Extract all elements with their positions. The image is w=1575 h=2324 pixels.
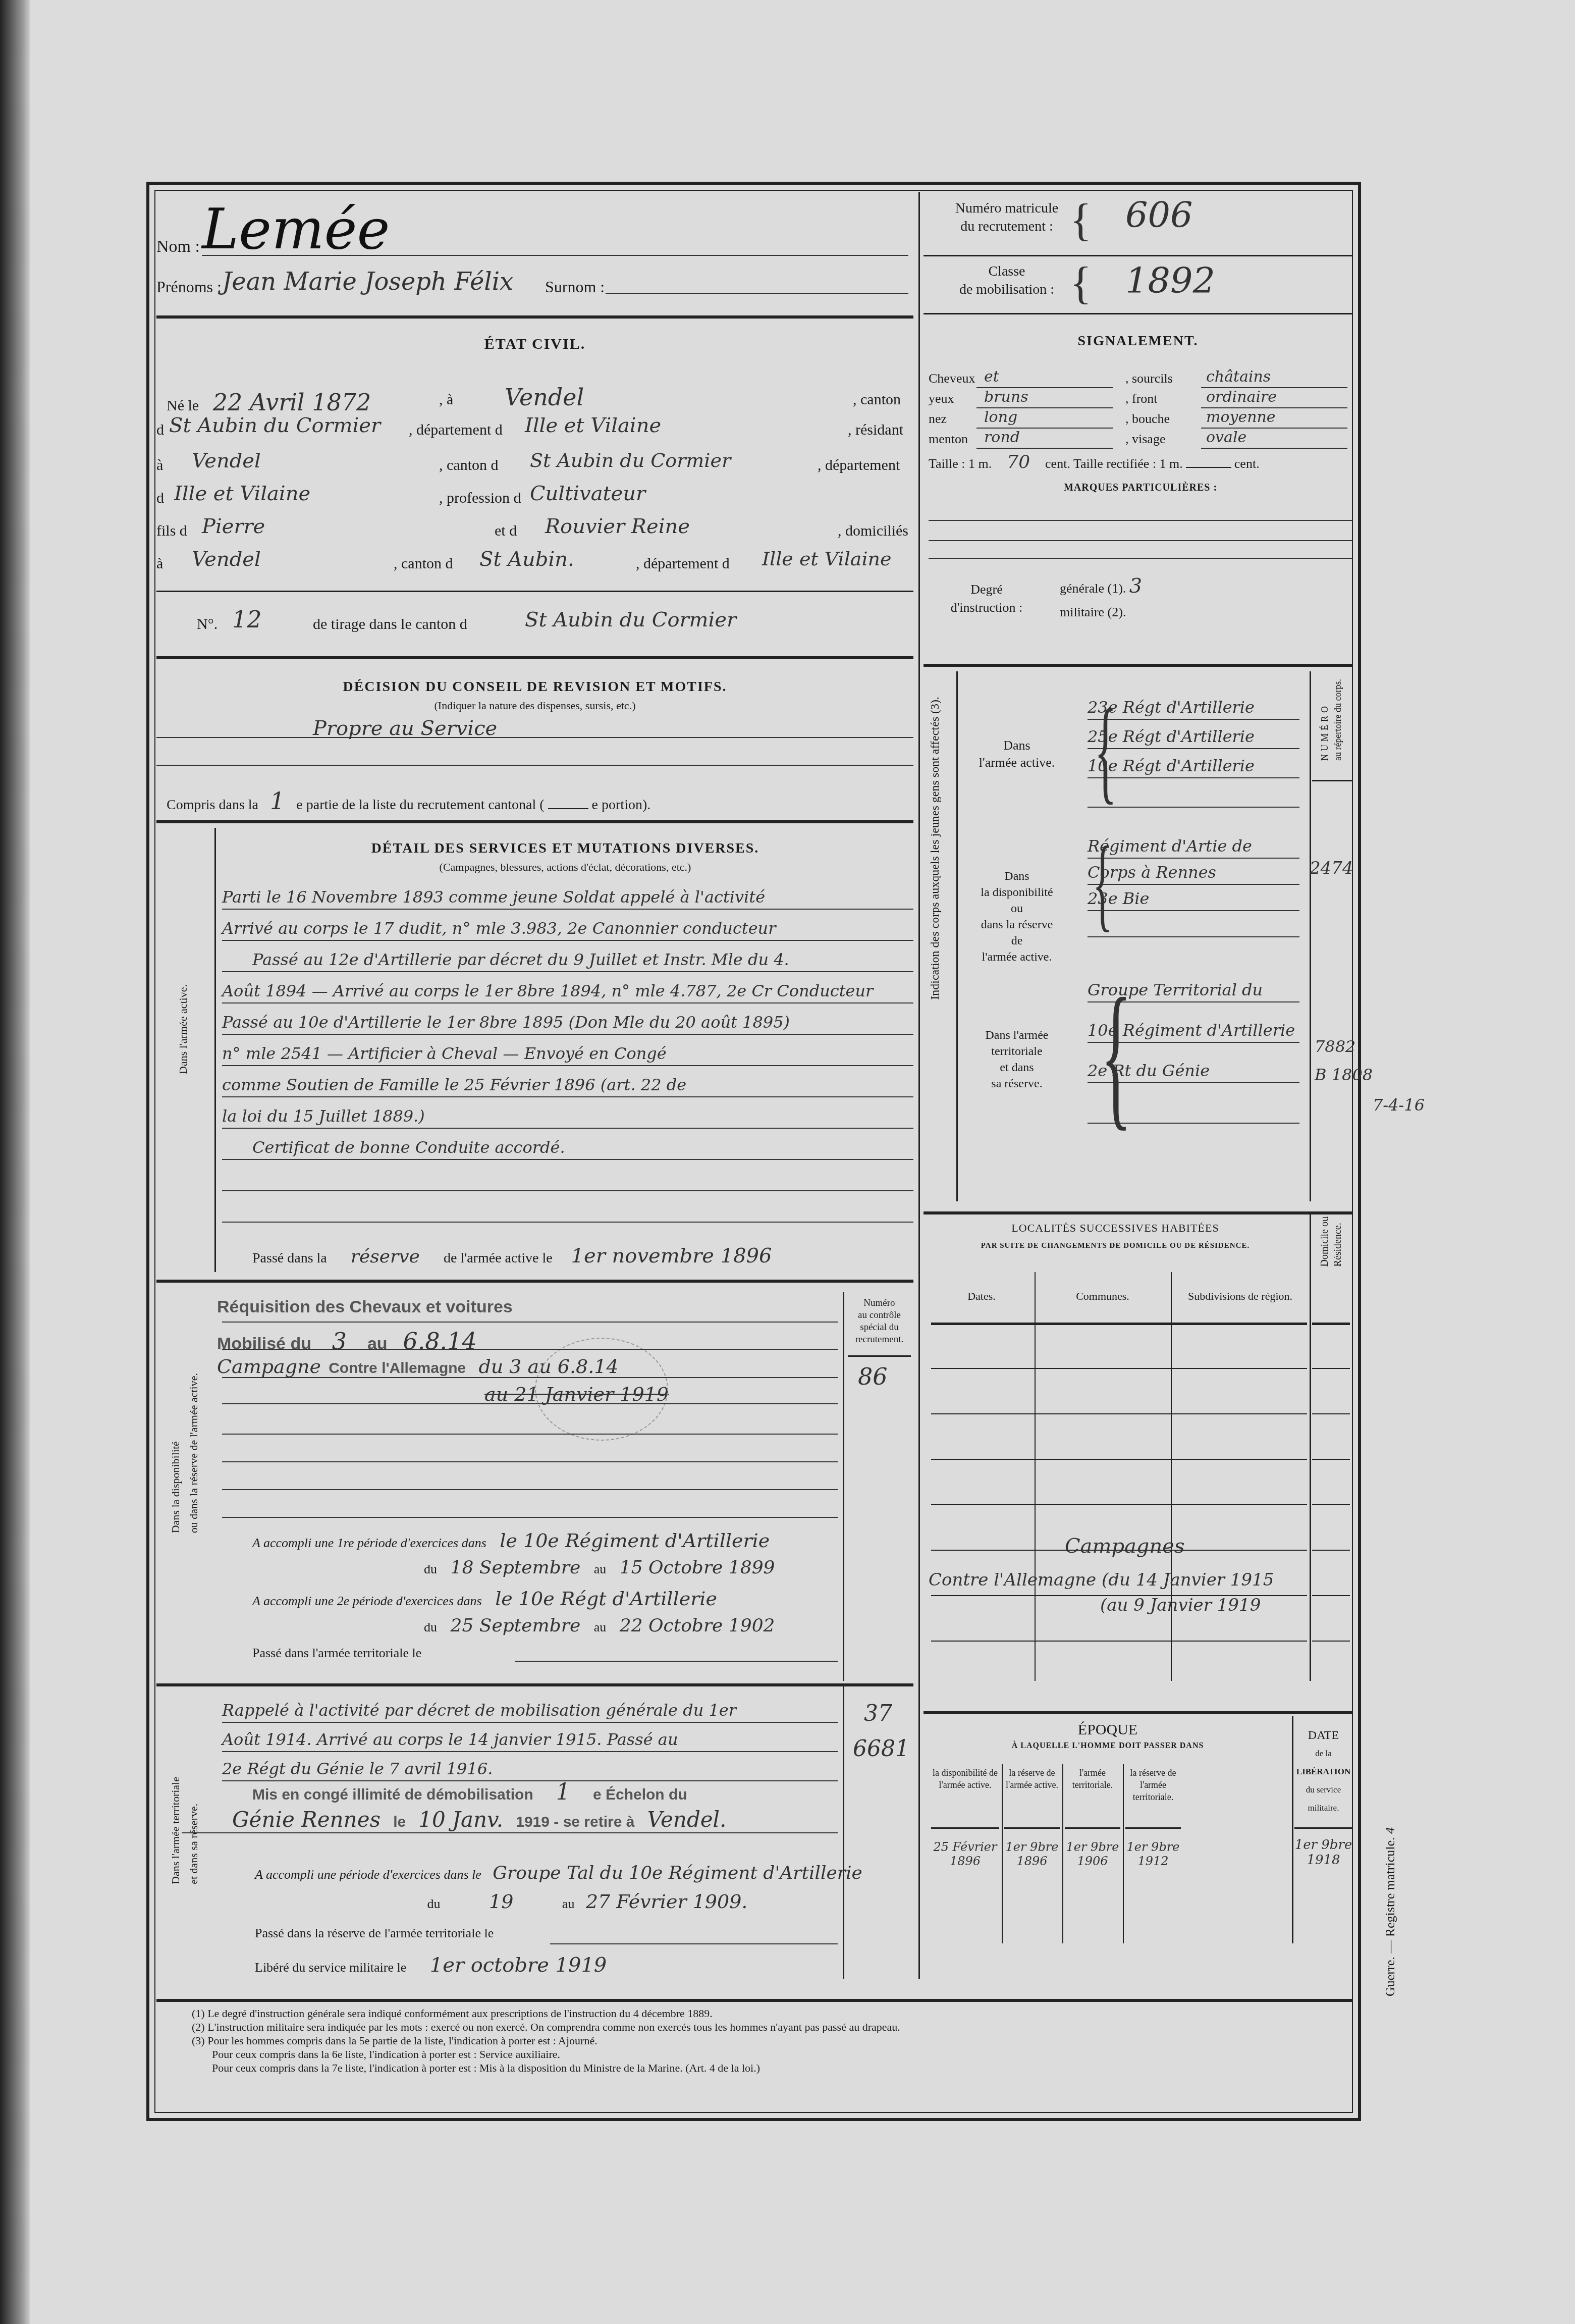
section-separator [924, 664, 1352, 667]
section-separator [924, 1211, 1352, 1214]
section-separator [156, 591, 913, 592]
form-number: 4 [1383, 1827, 1397, 1834]
section-separator [924, 1711, 1352, 1714]
section-separator [156, 656, 913, 659]
rule [931, 1459, 1307, 1460]
prenoms-label: Prénoms : [156, 278, 222, 296]
periode1-row: A accompli une 1re période d'exercices d… [252, 1529, 770, 1552]
canton-naissance[interactable]: St Aubin du Cormier [169, 414, 381, 437]
periode2-from[interactable]: 25 Septembre [451, 1615, 581, 1636]
rule [1171, 1272, 1172, 1681]
signalement-label: yeux [929, 391, 954, 406]
residence[interactable]: Vendel [192, 449, 261, 472]
marques-rule [929, 520, 1352, 521]
passe-value-2[interactable]: 1er novembre 1896 [571, 1244, 772, 1267]
parents-canton[interactable]: St Aubin. [479, 548, 574, 571]
localites-column-header: Subdivisions de région. [1171, 1290, 1310, 1303]
header-line: NUMÉRO [1318, 679, 1331, 761]
mobilise-row: Mobilisé du 3 au 6.8.14 [217, 1328, 477, 1355]
domicilies-label: , domiciliés [838, 522, 908, 540]
naissance-row: Né le 22 Avril 1872 [167, 389, 371, 416]
residence-canton[interactable]: St Aubin du Cormier [530, 449, 731, 471]
signalement-title: SIGNALEMENT. [924, 333, 1352, 349]
rule [1088, 777, 1299, 778]
rule [222, 1349, 838, 1350]
header-line: DATE [1294, 1726, 1352, 1745]
detail-line-text[interactable]: n° mle 2541 — Artificier à Cheval — Envo… [222, 1044, 667, 1063]
nom-label: Nom : [156, 237, 200, 256]
rule [1312, 1504, 1350, 1505]
au-label: au [594, 1562, 607, 1576]
corps-value[interactable]: 25e Régt d'Artillerie [1088, 727, 1255, 746]
detail-line-text[interactable]: Certificat de bonne Conduite accordé. [252, 1138, 565, 1157]
instruction-label: Degré d'instruction : [929, 580, 1045, 617]
taille-rectifiee[interactable] [1186, 467, 1231, 468]
compris-value[interactable]: 1 [270, 787, 285, 815]
signalement-value[interactable]: rond [984, 429, 1020, 446]
generale-label: générale (1). [1060, 581, 1126, 596]
classe-label: Classe de mobilisation : [929, 262, 1085, 299]
departement-naissance[interactable]: Ille et Vilaine [525, 414, 661, 437]
corps-value[interactable]: 23e Bie [1088, 889, 1150, 908]
conge-date[interactable]: 10 Janv. [418, 1807, 503, 1832]
libere-value[interactable]: 1er octobre 1919 [430, 1953, 607, 1977]
localites-note-2: (au 9 Janvier 1919 [1100, 1595, 1261, 1615]
rule [550, 1943, 838, 1944]
signalement-value[interactable]: long [984, 408, 1017, 426]
mobilise-from[interactable]: 3 [332, 1328, 347, 1355]
rule [1312, 1413, 1350, 1414]
etat-civil-title: ÉTAT CIVIL. [156, 336, 913, 353]
rule [1088, 1123, 1299, 1124]
rule [222, 1489, 838, 1490]
corps-value[interactable]: Groupe Territorial du [1088, 980, 1263, 999]
tirage-value[interactable]: 12 [232, 606, 262, 633]
campagne-hand[interactable]: Campagne [217, 1355, 321, 1378]
conge-row: Mis en congé illimité de démobilisation … [252, 1779, 687, 1805]
label-line: sa réserve. [959, 1076, 1075, 1092]
footnote: (2) L'instruction militaire sera indiqué… [192, 2020, 1342, 2034]
epoque-value[interactable]: 25 Février 1896 [929, 1840, 1002, 1868]
rule [222, 1517, 838, 1518]
departement-label: , département d [409, 421, 503, 439]
rule [1088, 858, 1299, 859]
rule [931, 1368, 1307, 1369]
tirage-label: de tirage dans le canton d [313, 616, 467, 633]
territoriale-line-text[interactable]: 2e Régt du Génie le 7 avril 1916. [222, 1759, 493, 1778]
rule [1201, 448, 1347, 449]
signalement-label: , visage [1125, 432, 1165, 447]
conge-le: le [393, 1814, 406, 1830]
periode1-label: A accompli une 1re période d'exercices d… [252, 1536, 486, 1550]
publisher-mark: Guerre. — Registre matricule. 4 [1383, 1827, 1398, 1996]
profession-label: , profession d [439, 490, 521, 507]
au-label: au [594, 1620, 607, 1634]
prenoms-value[interactable]: Jean Marie Joseph Félix [222, 268, 513, 296]
detail-line-text[interactable]: Août 1894 — Arrivé au corps le 1er 8bre … [222, 981, 873, 1000]
parents-departement[interactable]: Ille et Vilaine [762, 548, 892, 570]
tirage-no-label: N°. [197, 616, 218, 633]
footnote: Pour ceux compris dans la 6e liste, l'in… [192, 2047, 1342, 2061]
territoriale-line: Août 1914. Arrivé au corps le 14 janvier… [222, 1723, 838, 1752]
conge-stamp-3: 1919 - se retire à [516, 1814, 634, 1830]
residence-a-label: à [156, 457, 163, 474]
signalement-label: nez [929, 411, 947, 427]
territoriale-numero[interactable]: 7882 [1315, 1032, 1373, 1061]
localites-subtitle: PAR SUITE DE CHANGEMENTS DE DOMICILE OU … [929, 1242, 1302, 1250]
conge-stamp-2: e Échelon du [593, 1786, 687, 1803]
header-line: LIBÉRATION [1294, 1763, 1352, 1781]
nom-value[interactable]: Lemée [202, 197, 390, 261]
stamp-requisition: Réquisition des Chevaux et voitures [217, 1297, 513, 1317]
passe-label: Passé dans la [252, 1250, 327, 1266]
numero-side: 37 6681 [853, 1696, 903, 1767]
compris-label-2: e partie de la liste du recrutement cant… [296, 797, 544, 813]
epoque-subtitle: À LAQUELLE L'HOMME DOIT PASSER DANS [929, 1741, 1287, 1751]
rule [1088, 936, 1299, 937]
du-label: du [424, 1620, 437, 1634]
corps-value[interactable]: Régiment d'Artie de [1088, 836, 1252, 856]
rule [1310, 1211, 1311, 1681]
label-line: dans la réserve [959, 917, 1075, 933]
label-line: l'armée active. [959, 949, 1075, 965]
side-label-line: ou dans la réserve de l'armée active. [185, 1373, 203, 1533]
au-label: au [562, 1896, 575, 1911]
disponibilite-numero[interactable]: 2474 [1310, 858, 1353, 878]
date-naissance[interactable]: 22 Avril 1872 [213, 389, 371, 416]
fils-de-label: fils d [156, 522, 187, 540]
rule [924, 313, 1352, 314]
rule [1088, 884, 1299, 885]
periode-terr-dates: du 19 au 27 Février 1909. [247, 1890, 747, 1913]
passe-value-1[interactable]: réserve [351, 1246, 420, 1267]
header-rule [848, 1355, 911, 1357]
rule [1035, 1272, 1036, 1681]
nom-rule [202, 255, 908, 256]
numero-column-divider [843, 1686, 844, 1979]
rule [1088, 1082, 1299, 1083]
label-line: de [959, 933, 1075, 949]
territoriale-numeros: 7882 B 1808 [1315, 1032, 1373, 1089]
mobilise-to[interactable]: 6.8.14 [403, 1328, 476, 1355]
rule [1002, 1764, 1003, 1943]
signalement-value[interactable]: ovale [1206, 429, 1246, 446]
label-line: Classe [929, 262, 1085, 281]
rule [1312, 1323, 1350, 1325]
decision-subtitle: (Indiquer la nature des dispenses, sursi… [156, 699, 913, 712]
epoque-title: ÉPOQUE [929, 1721, 1287, 1738]
rule [1088, 910, 1299, 911]
label-line: Dans [964, 737, 1070, 754]
epoque-value[interactable]: 1er 9bre 1912 [1123, 1840, 1183, 1868]
rule [1312, 1641, 1350, 1642]
detail-line: Passé au 12e d'Artillerie par décret du … [222, 941, 913, 972]
label-line: l'armée active. [964, 754, 1070, 771]
periode-terr-to[interactable]: 27 Février 1909. [586, 1890, 748, 1913]
section-separator [156, 315, 913, 319]
ne-le-label: Né le [167, 397, 199, 414]
detail-line: Arrivé au corps le 17 dudit, n° mle 3.98… [222, 910, 913, 941]
rule [1294, 1827, 1352, 1829]
territoriale-numero[interactable]: B 1808 [1315, 1061, 1373, 1089]
periode1-to[interactable]: 15 Octobre 1899 [620, 1557, 775, 1578]
territoriale-line-text[interactable]: Août 1914. Arrivé au corps le 14 janvier… [222, 1730, 678, 1749]
section-bracket [214, 828, 216, 1272]
liberation-header: DATE de la LIBÉRATION du service militai… [1294, 1726, 1352, 1817]
header-line: spécial du [848, 1322, 911, 1334]
rule [222, 1434, 838, 1435]
parents-commune[interactable]: Vendel [192, 548, 261, 571]
label-line: du recrutement : [929, 218, 1085, 236]
periode2-unit[interactable]: le 10e Régt d'Artillerie [495, 1588, 717, 1610]
epoque-column-header: la réserve de l'armée territoriale. [1123, 1767, 1183, 1803]
rule [931, 1413, 1307, 1414]
rule [924, 255, 1352, 256]
rule [1088, 719, 1299, 720]
numero-controle-value[interactable]: 86 [858, 1363, 888, 1390]
surnom-label: Surnom : [545, 278, 605, 296]
rule [1312, 1595, 1350, 1596]
canton-label: , canton [853, 391, 901, 408]
decision-rule [156, 737, 913, 738]
section-separator [156, 1280, 913, 1283]
detail-line: Passé au 10e d'Artillerie le 1er 8bre 18… [222, 1003, 913, 1035]
header-line: au répertoire du corps. [1331, 679, 1344, 761]
official-seal [535, 1338, 668, 1441]
periode-terr-label: A accompli une période d'exercices dans … [255, 1867, 481, 1882]
brace-icon: { [1070, 194, 1092, 246]
side-label-disponibilite: Dans la disponibilité ou dans la réserve… [167, 1373, 203, 1533]
label-line: ou [959, 901, 1075, 917]
parents-a-label: à [156, 555, 163, 572]
compris-label-3: e portion). [592, 797, 651, 813]
taille-cent-label: cent. Taille rectifiée : 1 m. [1045, 456, 1183, 471]
du-label: du [427, 1896, 441, 1911]
conge-unit[interactable]: Génie Rennes [232, 1807, 381, 1832]
header-line: du service [1294, 1781, 1352, 1799]
mobilise-label: Mobilisé du [217, 1334, 311, 1353]
corps-value[interactable]: 23e Régt d'Artillerie [1088, 698, 1255, 717]
corps-side-label: Indication des corps auxquels les jeunes… [929, 697, 942, 1000]
periode-terr-unit[interactable]: Groupe Tal du 10e Régiment d'Artillerie [493, 1863, 862, 1883]
label-line: la disponibilité [959, 884, 1075, 901]
corps-value[interactable]: 10e Régiment d'Artillerie [1088, 1021, 1295, 1040]
matricule-label: Numéro matricule du recrutement : [929, 199, 1085, 236]
footnotes: (1) Le degré d'instruction générale sera… [192, 2006, 1342, 2075]
section-separator [156, 1683, 913, 1686]
periode-terr-row: A accompli une période d'exercices dans … [255, 1863, 862, 1883]
rule [1123, 1764, 1124, 1943]
rule [931, 1323, 1307, 1325]
localites-title: LOCALITÉS SUCCESSIVES HABITÉES [929, 1222, 1302, 1235]
localites-column-header: Dates. [929, 1290, 1035, 1303]
decision-rule [156, 765, 913, 766]
residence-departement-label: , département [818, 457, 900, 474]
corps-disponibilite-label: Dans la disponibilité ou dans la réserve… [959, 868, 1075, 965]
rule [222, 1322, 838, 1323]
rule [1312, 1459, 1350, 1460]
detail-line: la loi du 15 Juillet 1889.) [222, 1097, 913, 1129]
label-line: de mobilisation : [929, 281, 1085, 299]
territoriale-line: Rappelé à l'activité par décret de mobil… [222, 1694, 838, 1723]
signalement-value[interactable]: moyenne [1206, 408, 1276, 426]
rule [1312, 780, 1352, 781]
publisher-text: Guerre. — Registre matricule. [1383, 1837, 1397, 1997]
label-line: Dans l'armée [959, 1027, 1075, 1043]
periode2-dates: du 25 Septembre au 22 Octobre 1902 [424, 1615, 775, 1636]
label-line: Degré [929, 580, 1045, 599]
rule [1312, 1550, 1350, 1551]
rule [976, 448, 1113, 449]
header-line: militaire. [1294, 1799, 1352, 1817]
de-label-2: d [156, 490, 164, 507]
corps-value[interactable]: 2e Rt du Génie [1088, 1061, 1210, 1080]
rule [956, 671, 958, 1201]
taille-value[interactable]: 70 [1007, 452, 1030, 472]
localites-campagnes: Campagnes [1065, 1535, 1184, 1558]
rule [1310, 671, 1311, 1201]
detail-line: n° mle 2541 — Artificier à Cheval — Envo… [222, 1035, 913, 1066]
detail-line [222, 1160, 913, 1191]
epoque-column-header: la disponibilité de l'armée active. [929, 1767, 1002, 1791]
rule [1065, 1827, 1120, 1829]
rule [1088, 807, 1299, 808]
footnote: (1) Le degré d'instruction générale sera… [192, 2006, 1342, 2020]
classe-value[interactable]: 1892 [1125, 260, 1215, 301]
detail-line-text[interactable]: comme Soutien de Famille le 25 Février 1… [222, 1075, 686, 1094]
epoque-value[interactable]: 1er 9bre 1906 [1062, 1840, 1123, 1868]
detail-line-text[interactable]: Arrivé au corps le 17 dudit, n° mle 3.98… [222, 919, 776, 938]
compris-label: Compris dans la [167, 797, 258, 813]
periode1-from[interactable]: 18 Septembre [451, 1557, 581, 1578]
et-de-label: et d [495, 522, 517, 540]
detail-line-text[interactable]: Parti le 16 Novembre 1893 comme jeune So… [222, 887, 765, 907]
detail-line-text[interactable]: Passé au 12e d'Artillerie par décret du … [252, 950, 789, 969]
header-line: Numéro [848, 1297, 911, 1309]
detail-lines: Parti le 16 Novembre 1893 comme jeune So… [222, 878, 913, 1223]
passe-territoriale-rule [515, 1661, 838, 1662]
detail-subtitle: (Campagnes, blessures, actions d'éclat, … [217, 861, 913, 874]
conge-stamp: Mis en congé illimité de démobilisation [252, 1786, 533, 1803]
header-line: recrutement. [848, 1334, 911, 1346]
rule [1088, 1042, 1299, 1043]
footnote: (3) Pour les hommes compris dans la 5e p… [192, 2034, 1342, 2047]
parents-departement-label: , département d [636, 555, 730, 572]
rule [1004, 1827, 1060, 1829]
du-label: du [424, 1562, 437, 1576]
corps-value[interactable]: 10e Régt d'Artillerie [1088, 756, 1255, 775]
libere-row: Libéré du service militaire le 1er octob… [255, 1953, 607, 1977]
conge-row-2: Génie Rennes le 10 Janv. 1919 - se retir… [232, 1807, 726, 1832]
side-label-line: Dans l'armée territoriale [167, 1777, 185, 1884]
corps-value[interactable]: Corps à Rennes [1088, 863, 1216, 882]
label-line: territoriale [959, 1043, 1075, 1060]
lieu-naissance[interactable]: Vendel [505, 384, 584, 411]
detail-line: Parti le 16 Novembre 1893 comme jeune So… [222, 878, 913, 910]
corps-territoriale-label: Dans l'armée territoriale et dans sa rés… [959, 1027, 1075, 1092]
label-line: Dans [959, 868, 1075, 884]
epoque-value[interactable]: 1er 9bre 1896 [1002, 1840, 1062, 1868]
header-line: de la [1294, 1745, 1352, 1763]
label-line: Numéro matricule [929, 199, 1085, 218]
detail-line: comme Soutien de Famille le 25 Février 1… [222, 1066, 913, 1097]
marques-rule [929, 540, 1352, 541]
conge-echelon[interactable]: 1 [556, 1779, 570, 1805]
header-line: Domicile ou [1318, 1217, 1331, 1266]
periode2-to[interactable]: 22 Octobre 1902 [620, 1615, 775, 1636]
column-divider [918, 192, 920, 1979]
pere[interactable]: Pierre [202, 515, 265, 538]
liberation-value[interactable]: 1er 9bre 1918 [1294, 1837, 1352, 1868]
periode1-unit[interactable]: le 10e Régiment d'Artillerie [500, 1529, 770, 1552]
conge-lieu[interactable]: Vendel. [647, 1807, 727, 1832]
signalement-value[interactable]: ordinaire [1206, 388, 1277, 406]
periode-terr-from[interactable]: 19 [489, 1890, 513, 1913]
residant-label: , résidant [848, 421, 903, 439]
domicile-header: Domicile ou Résidence. [1318, 1217, 1344, 1266]
signalement-label: , bouche [1125, 411, 1170, 427]
rule [1312, 1368, 1350, 1369]
detail-line: Certificat de bonne Conduite accordé. [222, 1129, 913, 1160]
footnote: Pour ceux compris dans la 7e liste, l'in… [192, 2061, 1342, 2075]
residence-departement[interactable]: Ille et Vilaine [174, 482, 310, 505]
detail-line-text[interactable]: la loi du 15 Juillet 1889.) [222, 1106, 425, 1126]
passe-reserve-row: Passé dans la réserve de l'armée active … [252, 1244, 772, 1267]
rule [222, 1377, 838, 1378]
signalement-label: Cheveux [929, 371, 975, 386]
signalement-value[interactable]: châtains [1206, 368, 1271, 386]
rule [1088, 1001, 1299, 1002]
mobilise-au-label: au [367, 1334, 388, 1353]
periode2-row: A accompli une 2e période d'exercices da… [252, 1588, 717, 1610]
detail-line: Août 1894 — Arrivé au corps le 1er 8bre … [222, 972, 913, 1003]
epoque-column-header: la réserve de l'armée active. [1002, 1767, 1062, 1791]
section-separator [156, 820, 913, 823]
detail-line-text[interactable]: Passé au 10e d'Artillerie le 1er 8bre 18… [222, 1013, 790, 1032]
militaire-label: militaire (2). [1060, 605, 1126, 619]
localites-column-header: Communes. [1035, 1290, 1171, 1303]
signalement-value[interactable]: bruns [984, 388, 1028, 406]
territoriale-lines: Rappelé à l'activité par décret de mobil… [222, 1694, 838, 1781]
mere[interactable]: Rouvier Reine [545, 515, 690, 538]
marques-title: MARQUES PARTICULIÈRES : [929, 482, 1352, 494]
brace-icon: { [1070, 257, 1092, 309]
profession[interactable]: Cultivateur [530, 482, 645, 505]
numero-repertoire-header: NUMÉRO au répertoire du corps. [1318, 679, 1344, 761]
epoque-column-header: l'armée territoriale. [1062, 1767, 1123, 1791]
rule [931, 1827, 999, 1829]
signalement-value[interactable]: et [984, 368, 999, 386]
territoriale-line-text[interactable]: Rappelé à l'activité par décret de mobil… [222, 1701, 736, 1720]
residence-canton-label: , canton d [439, 457, 498, 474]
compris-row: Compris dans la 1 e partie de la liste d… [167, 787, 650, 815]
numero-column-divider [843, 1292, 844, 1681]
page-binding-edge [0, 0, 30, 2324]
territoriale-line: 2e Régt du Génie le 7 avril 1916. [222, 1752, 838, 1781]
de-label: d [156, 421, 164, 439]
rule [1292, 1716, 1293, 1943]
tirage-canton[interactable]: St Aubin du Cormier [525, 608, 736, 631]
matricule-value[interactable]: 606 [1125, 194, 1193, 236]
libere-label: Libéré du service militaire le [255, 1960, 406, 1975]
side-label-line: et dans sa réserve. [185, 1777, 203, 1884]
generale-value[interactable]: 3 [1129, 574, 1142, 598]
numero-side-value[interactable]: 37 [853, 1696, 903, 1731]
numero-side-value[interactable]: 6681 [853, 1731, 903, 1767]
detail-title: DÉTAIL DES SERVICES ET MUTATIONS DIVERSE… [217, 840, 913, 857]
periode1-dates: du 18 Septembre au 15 Octobre 1899 [424, 1557, 775, 1578]
campagne-stamp: Contre l'Allemagne [329, 1360, 466, 1377]
